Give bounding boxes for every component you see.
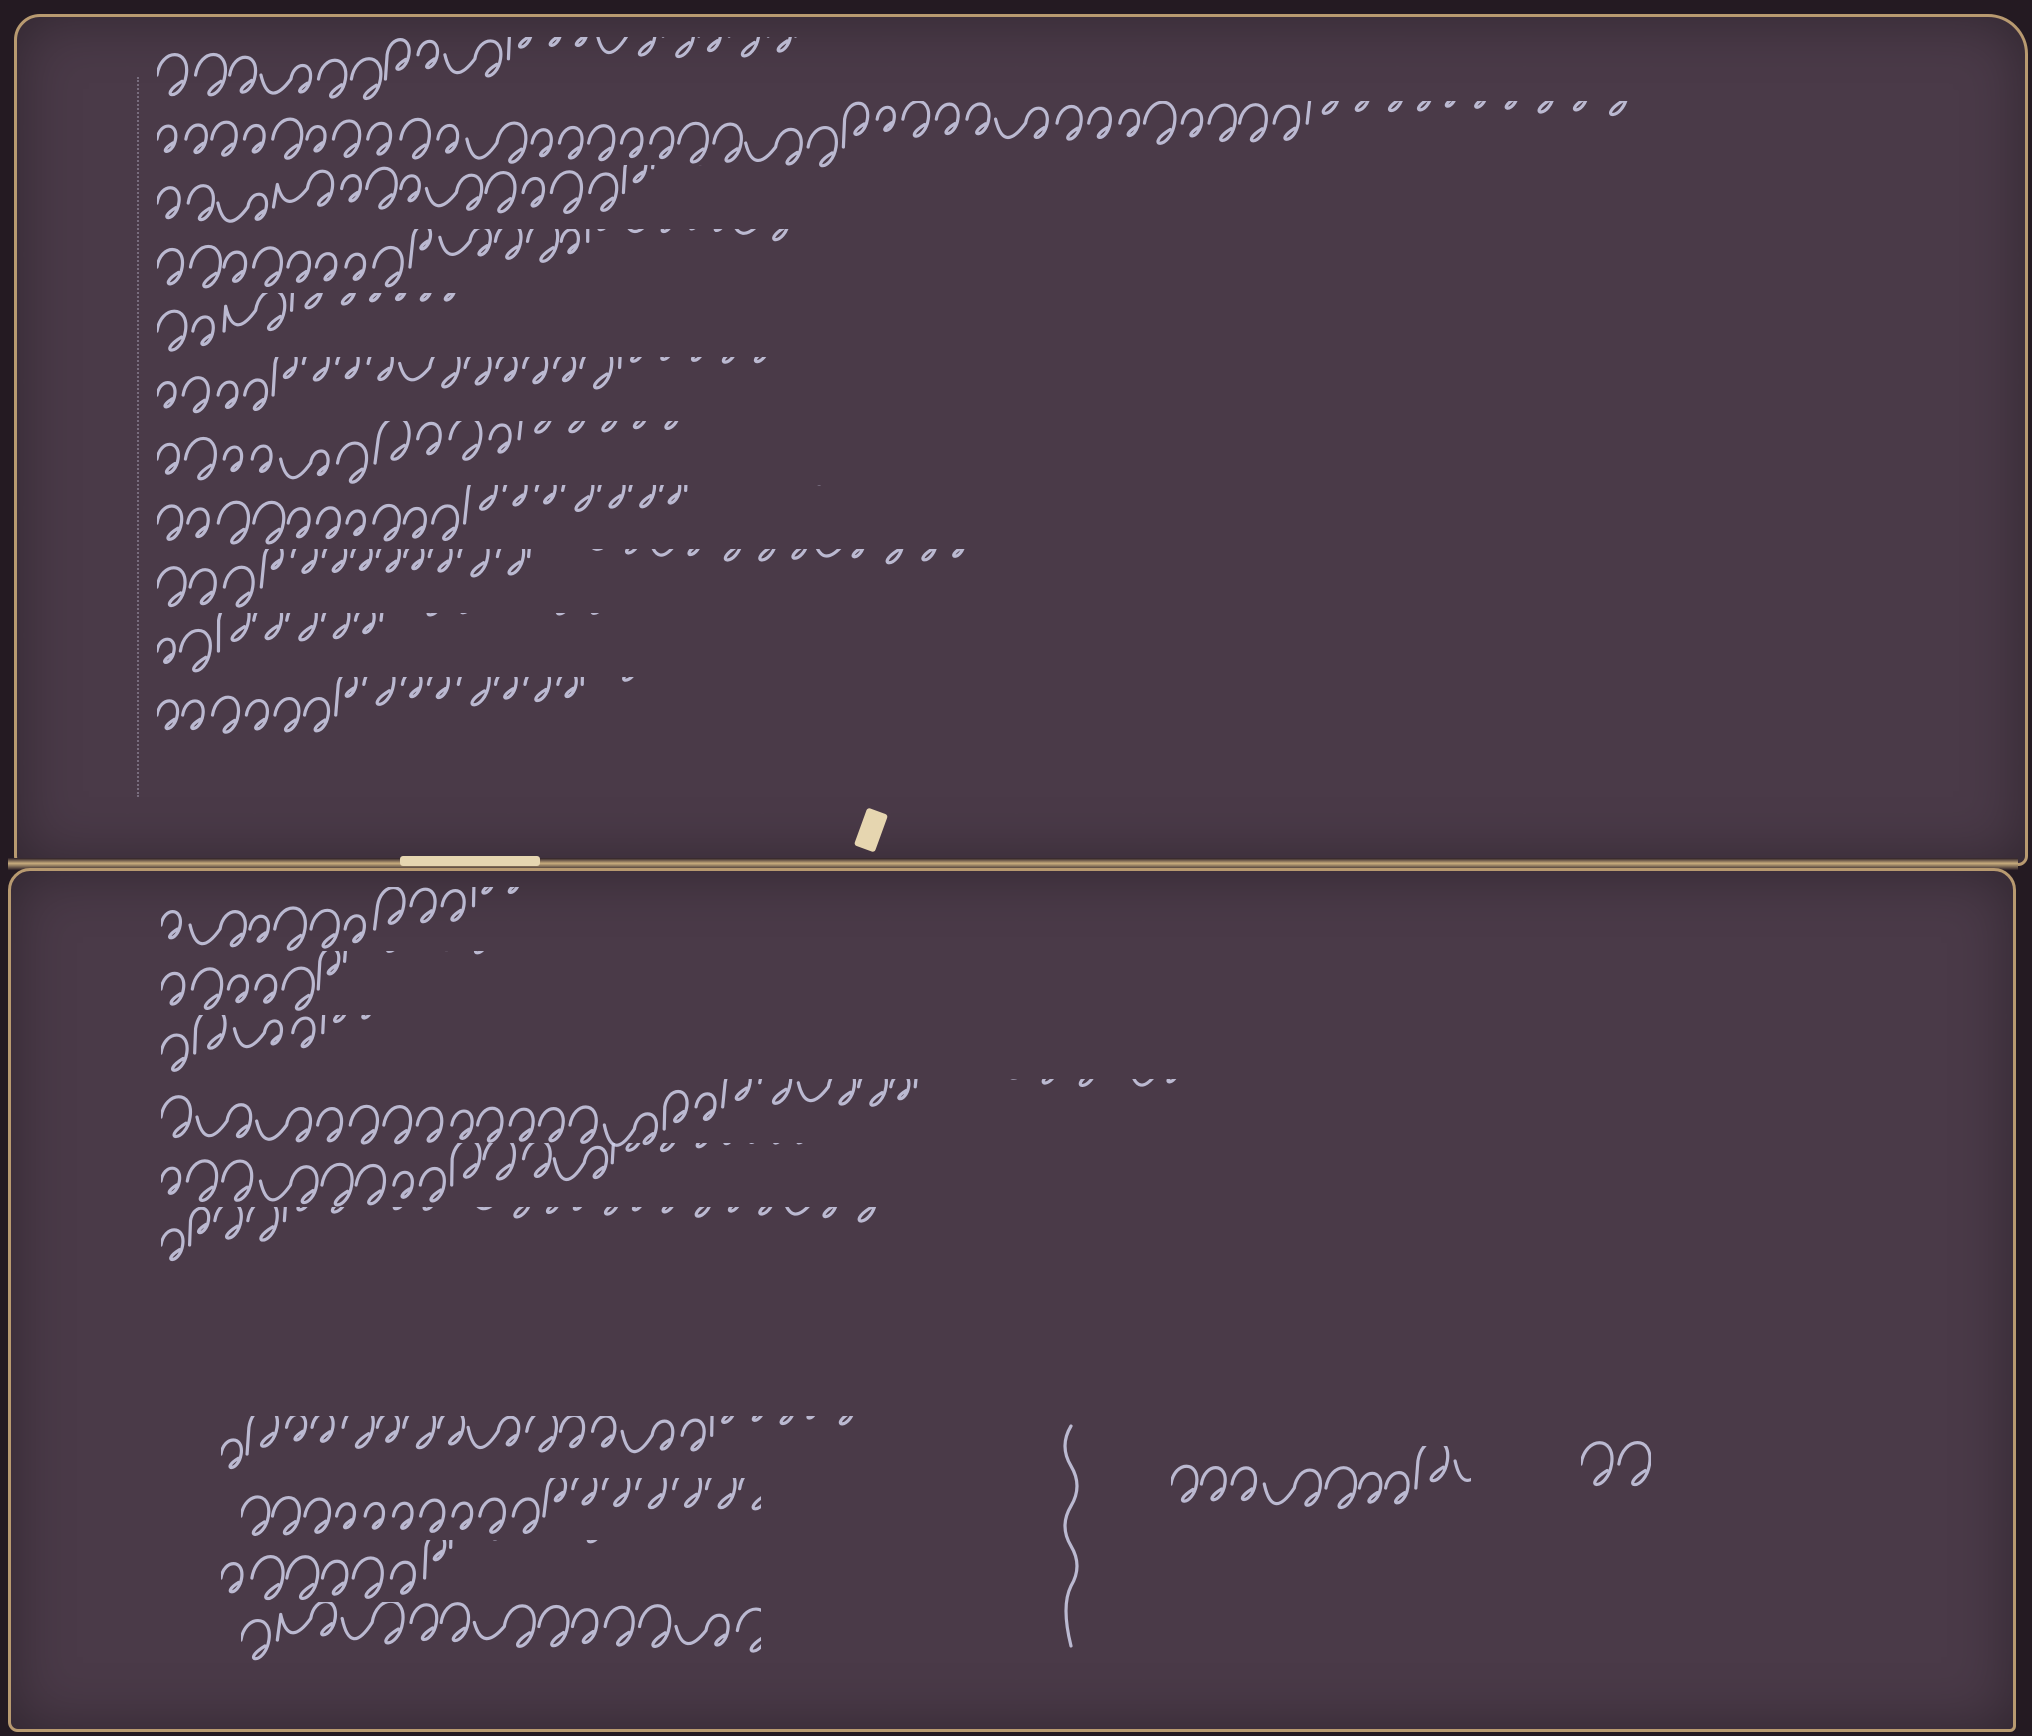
script-line <box>157 37 1967 107</box>
script-line <box>157 357 1967 427</box>
script-line <box>157 549 1967 619</box>
script-line <box>157 613 1967 683</box>
upper-text-block <box>17 17 2025 863</box>
list-block <box>11 871 2013 1729</box>
script-line <box>157 485 1967 555</box>
script-line <box>157 101 1967 171</box>
list-entry-right <box>1171 1446 1471 1516</box>
list-entry <box>241 1602 761 1672</box>
tear-mark <box>400 856 540 866</box>
list-entry <box>221 1540 741 1610</box>
script-line <box>157 293 1967 363</box>
list-divider-column <box>1051 1416 1091 1666</box>
script-line <box>157 229 1967 299</box>
list-entry-right <box>1581 1426 1651 1496</box>
script-line <box>157 165 1967 235</box>
list-entry <box>221 1416 861 1486</box>
list-entry <box>241 1478 761 1548</box>
lower-folio: 6 <box>8 868 2016 1732</box>
script-line <box>157 421 1967 491</box>
script-line <box>157 677 1967 747</box>
upper-folio: 11 <box>14 14 2028 866</box>
